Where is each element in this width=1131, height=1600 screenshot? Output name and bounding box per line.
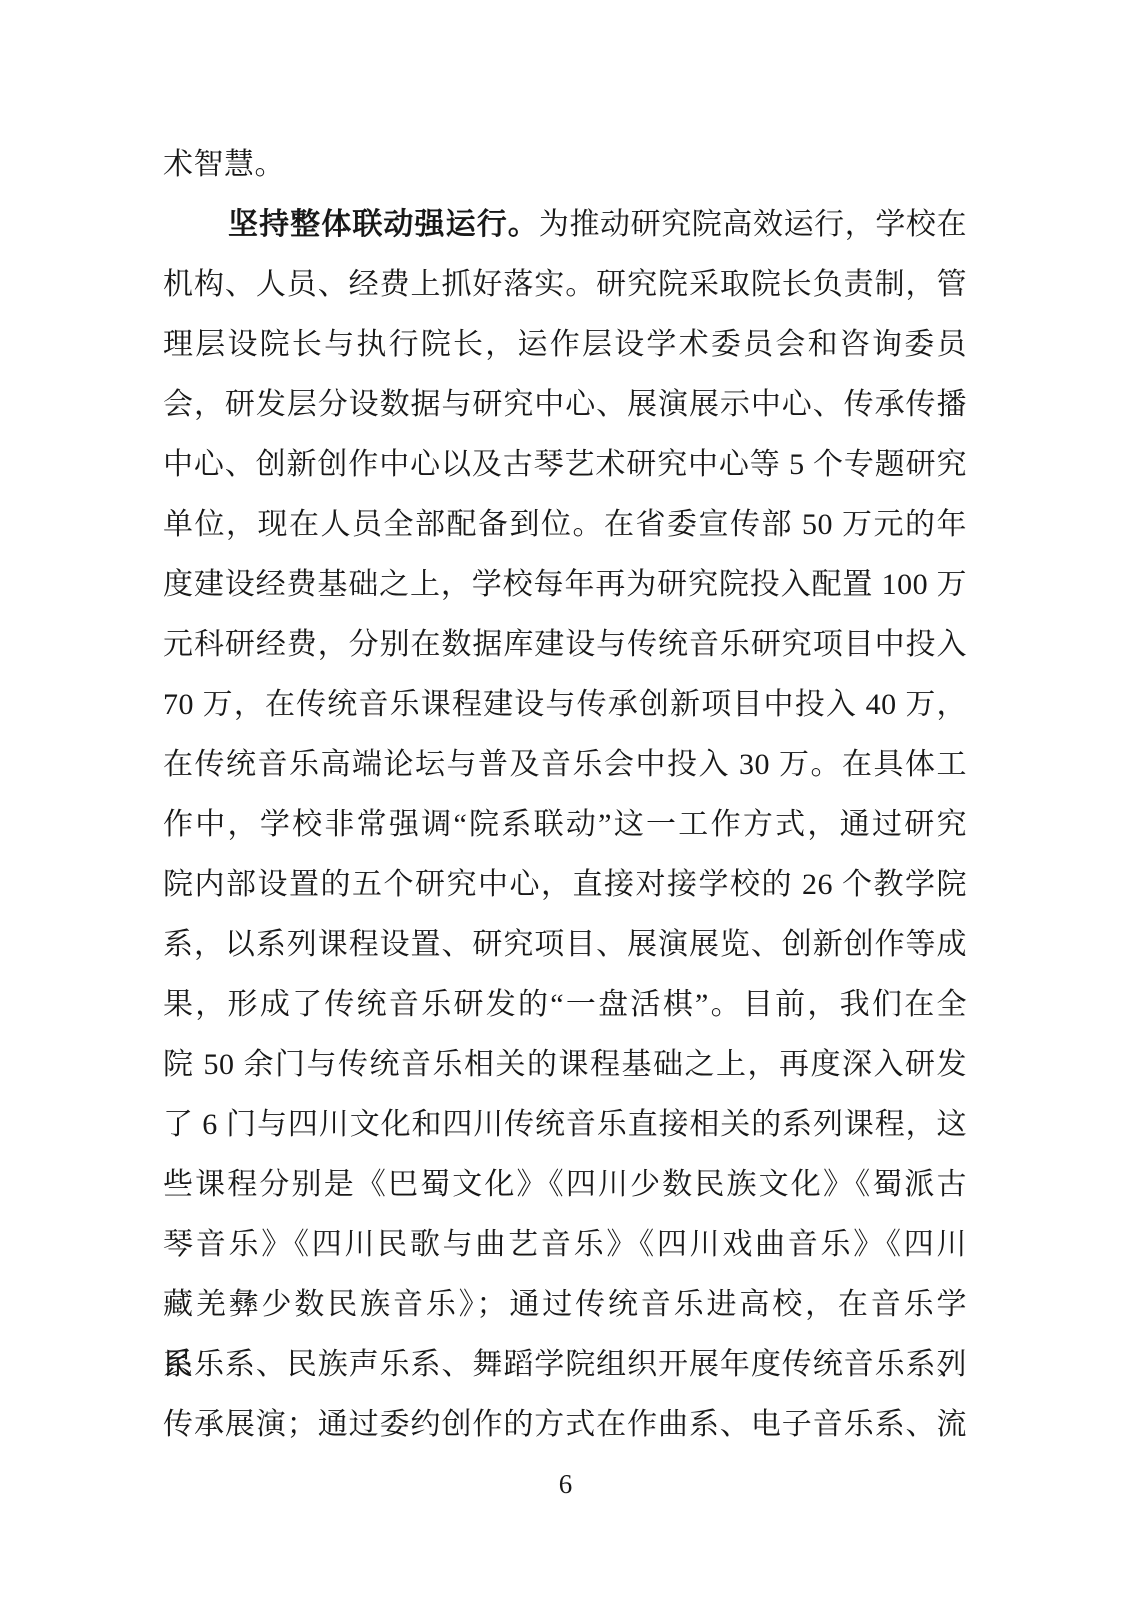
paragraph-lead-bold: 坚持整体联动强运行。 xyxy=(228,208,539,241)
text-line: 70 万，在传统音乐课程建设与传承创新项目中投入 40 万， xyxy=(163,675,967,735)
text-line: 理层设院长与执行院长，运作层设学术委员会和咨询委员 xyxy=(163,315,967,375)
text-line: 传承展演；通过委约创作的方式在作曲系、电子音乐系、流 xyxy=(163,1395,967,1455)
text-block: 术智慧。坚持整体联动强运行。为推动研究院高效运行，学校在机构、人员、经费上抓好落… xyxy=(163,135,967,1455)
text-line: 民乐系、民族声乐系、舞蹈学院组织开展年度传统音乐系列 xyxy=(163,1335,967,1395)
text-line: 果，形成了传统音乐研发的“一盘活棋”。目前，我们在全 xyxy=(163,975,967,1035)
text-line: 些课程分别是《巴蜀文化》《四川少数民族文化》《蜀派古 xyxy=(163,1155,967,1215)
page-number: 6 xyxy=(0,1468,1131,1500)
text-line: 中心、创新创作中心以及古琴艺术研究中心等 5 个专题研究 xyxy=(163,435,967,495)
text-line: 作中，学校非常强调“院系联动”这一工作方式，通过研究 xyxy=(163,795,967,855)
text-line: 单位，现在人员全部配备到位。在省委宣传部 50 万元的年 xyxy=(163,495,967,555)
text-line: 术智慧。 xyxy=(163,135,967,195)
text-line: 会，研发层分设数据与研究中心、展演展示中心、传承传播 xyxy=(163,375,967,435)
text-line: 院 50 余门与传统音乐相关的课程基础之上，再度深入研发 xyxy=(163,1035,967,1095)
text-line: 度建设经费基础之上，学校每年再为研究院投入配置 100 万 xyxy=(163,555,967,615)
text-line: 琴音乐》《四川民歌与曲艺音乐》《四川戏曲音乐》《四川 xyxy=(163,1215,967,1275)
text-line: 坚持整体联动强运行。为推动研究院高效运行，学校在 xyxy=(163,195,967,255)
text-line: 藏羌彝少数民族音乐》；通过传统音乐进高校，在音乐学系、 xyxy=(163,1275,967,1335)
document-page: 术智慧。坚持整体联动强运行。为推动研究院高效运行，学校在机构、人员、经费上抓好落… xyxy=(0,0,1131,1600)
text-line: 机构、人员、经费上抓好落实。研究院采取院长负责制，管 xyxy=(163,255,967,315)
text-line: 院内部设置的五个研究中心，直接对接学校的 26 个教学院 xyxy=(163,855,967,915)
text-line: 系，以系列课程设置、研究项目、展演展览、创新创作等成 xyxy=(163,915,967,975)
text-line: 在传统音乐高端论坛与普及音乐会中投入 30 万。在具体工 xyxy=(163,735,967,795)
text-line: 了 6 门与四川文化和四川传统音乐直接相关的系列课程，这 xyxy=(163,1095,967,1155)
text-line: 元科研经费，分别在数据库建设与传统音乐研究项目中投入 xyxy=(163,615,967,675)
